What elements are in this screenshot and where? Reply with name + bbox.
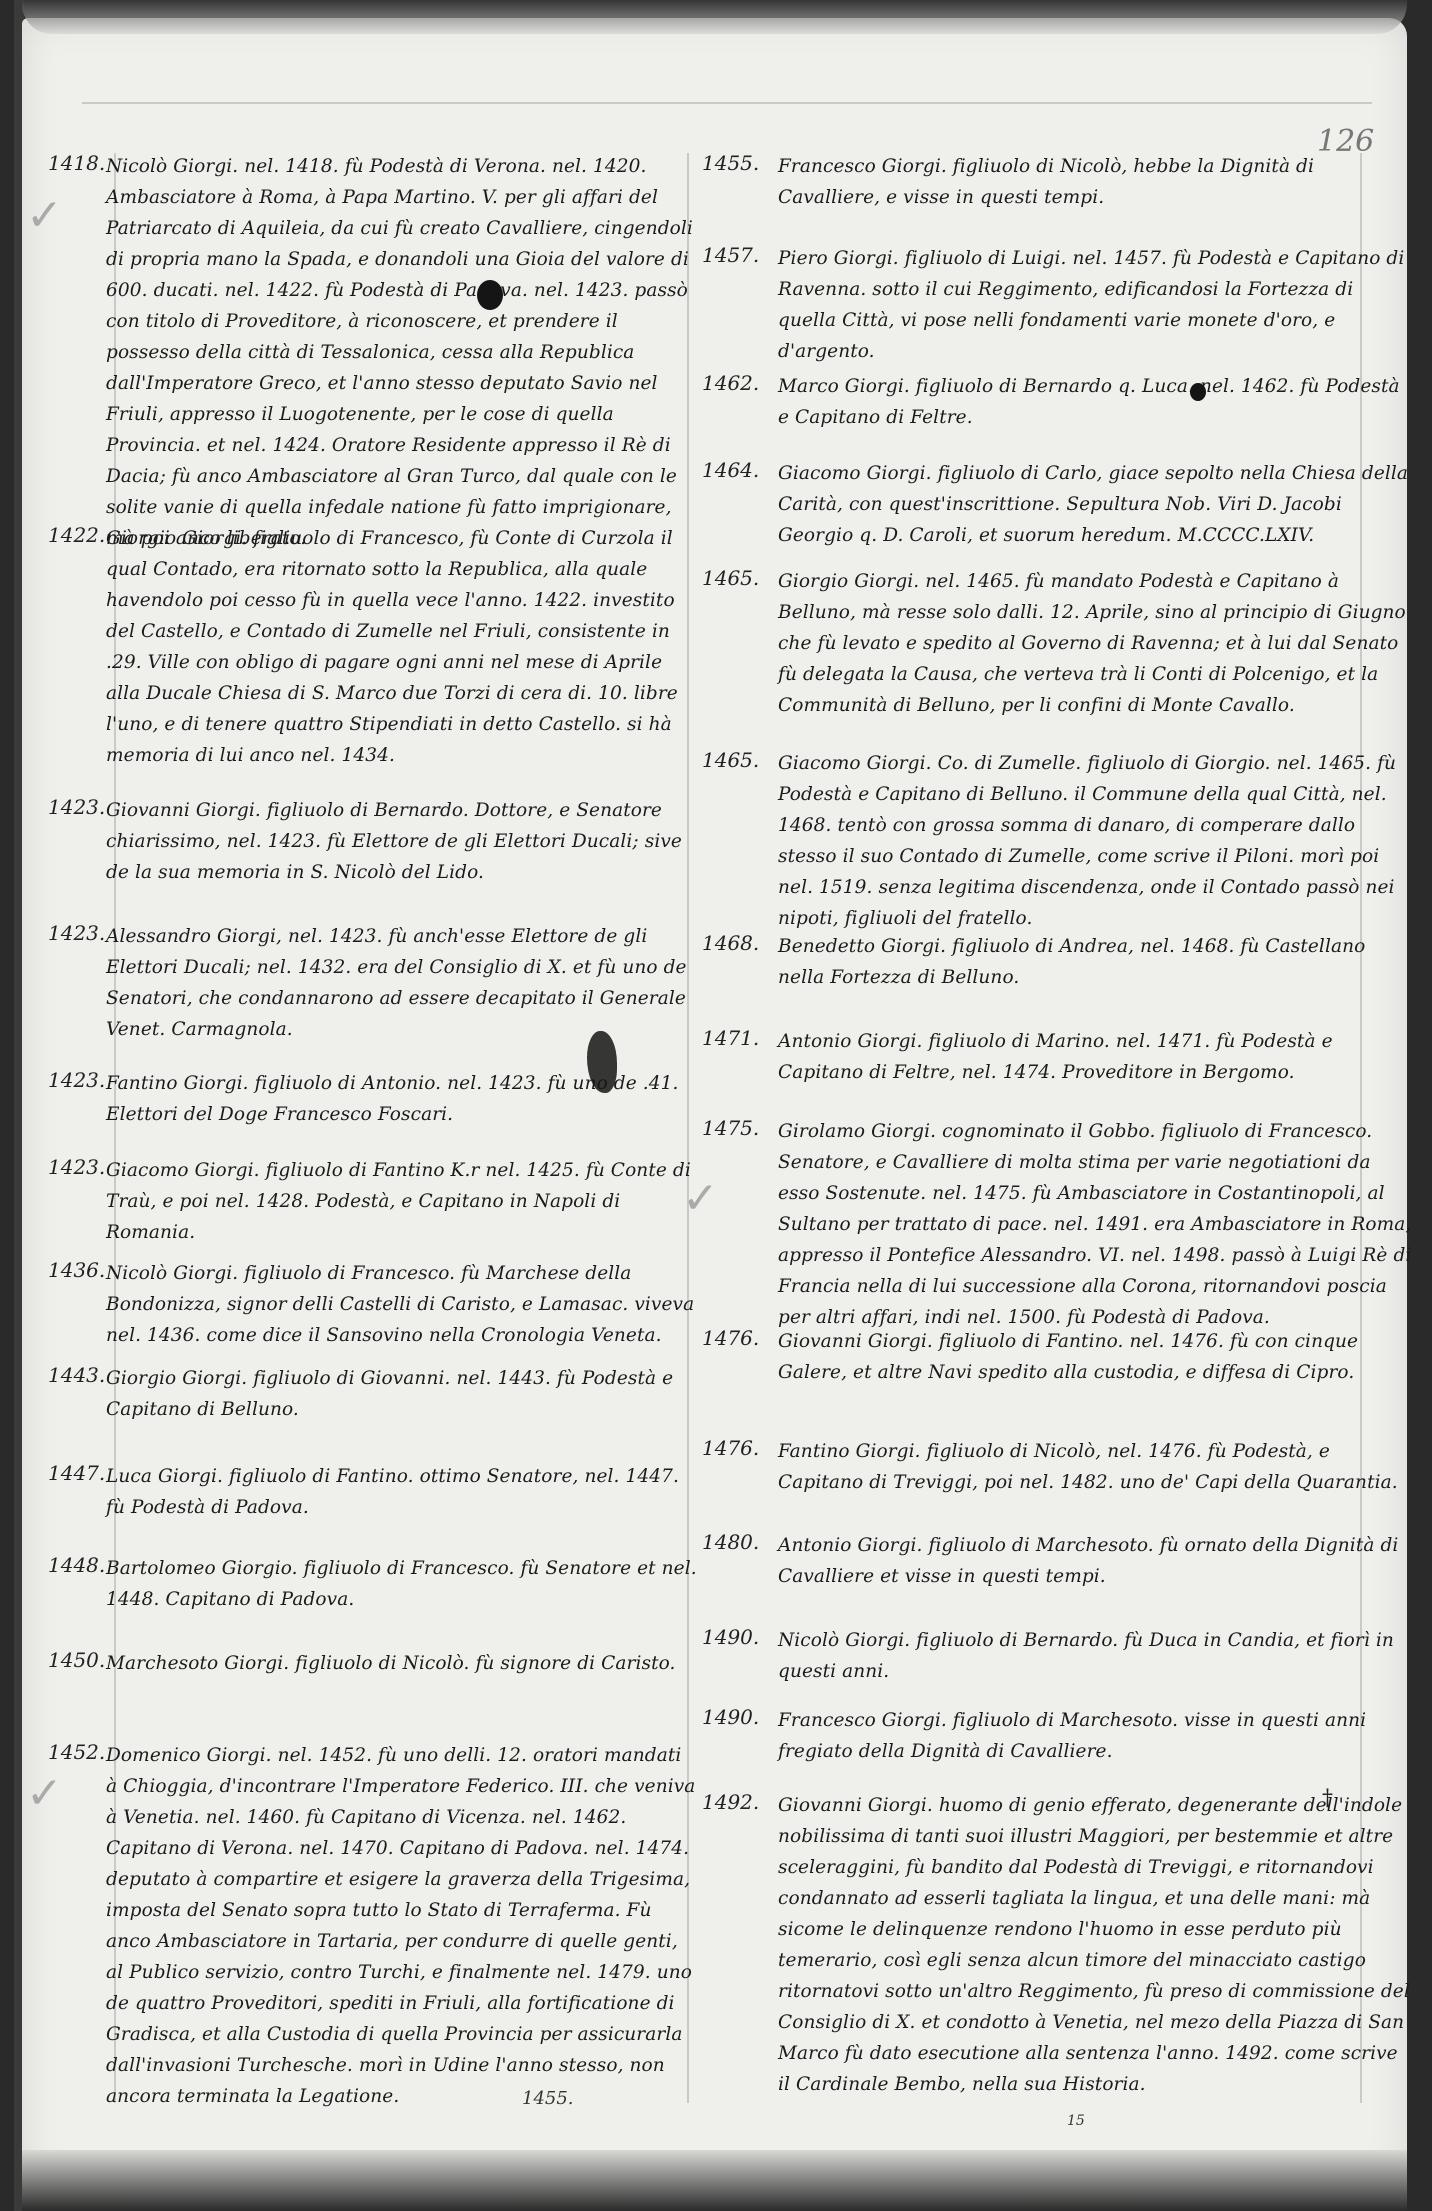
entry-year: 1457.	[702, 243, 759, 267]
top-rule	[82, 102, 1372, 104]
entry-text: Bartolomeo Giorgio. figliuolo di Frances…	[106, 1553, 698, 1615]
entry-text: Giorgio Giorgi. nel. 1465. fù mandato Po…	[778, 566, 1412, 721]
entry-year: 1490.	[702, 1705, 759, 1729]
entry-text: Antonio Giorgi. figliuolo di Marchesoto.…	[778, 1530, 1412, 1592]
entry-year: 1476.	[702, 1326, 759, 1350]
entry-text: Giacomo Giorgi. Co. di Zumelle. figliuol…	[778, 748, 1412, 934]
check-mark-icon: ✓	[26, 1768, 63, 1819]
entry-text: Nicolò Giorgi. figliuolo di Bernardo. fù…	[778, 1625, 1412, 1687]
entry-text: Giacomo Giorgi. figliuolo di Fantino K.r…	[106, 1155, 698, 1248]
entry-year: 1455.	[702, 151, 759, 175]
cross-mark-icon: †	[1322, 1786, 1333, 1811]
entry-year: 1443.	[48, 1363, 105, 1387]
entry-text: Marchesoto Giorgi. figliuolo di Nicolò. …	[106, 1648, 698, 1679]
entry-text: Nicolò Giorgi. nel. 1418. fù Podestà di …	[106, 151, 698, 554]
entry-year: 1423.	[48, 1068, 105, 1092]
torn-top-edge	[22, 0, 1407, 34]
entry-year: 1436.	[48, 1258, 105, 1282]
entry-text: Benedetto Giorgi. figliuolo di Andrea, n…	[778, 931, 1412, 993]
entry-year: 1448.	[48, 1553, 105, 1577]
ink-blot	[477, 280, 503, 310]
bottom-marks: 15	[1067, 2113, 1085, 2129]
entry-text: Alessandro Giorgi, nel. 1423. fù anch'es…	[106, 921, 698, 1045]
entry-text: Domenico Giorgi. nel. 1452. fù uno delli…	[106, 1740, 698, 2112]
entry-text: Girolamo Giorgi. cognominato il Gobbo. f…	[778, 1116, 1412, 1333]
torn-bottom-edge	[22, 2150, 1407, 2211]
entry-year: 1423.	[48, 1155, 105, 1179]
entry-text: Giorgio Giorgi. figliuolo di Giovanni. n…	[106, 1363, 698, 1425]
entry-year: 1475.	[702, 1116, 759, 1140]
entry-text: Francesco Giorgi. figliuolo di Nicolò, h…	[778, 151, 1412, 213]
entry-text: Francesco Giorgi. figliuolo di Marchesot…	[778, 1705, 1412, 1767]
entry-text: Piero Giorgi. figliuolo di Luigi. nel. 1…	[778, 243, 1412, 367]
catchword: 1455.	[522, 2088, 574, 2109]
entry-text: Giovanni Giorgi. figliuolo di Bernardo. …	[106, 795, 698, 888]
entry-year: 1480.	[702, 1530, 759, 1554]
entry-text: Giovanni Giorgi. huomo di genio efferato…	[778, 1790, 1412, 2100]
manuscript-page: 126 1418. Nicolò Giorgi. nel. 1418. fù P…	[22, 18, 1407, 2186]
entry-text: Giacomo Giorgi. figliuolo di Carlo, giac…	[778, 458, 1412, 551]
entry-year: 1462.	[702, 371, 759, 395]
entry-year: 1465.	[702, 566, 759, 590]
entry-year: 1452.	[48, 1740, 105, 1764]
entry-year: 1471.	[702, 1026, 759, 1050]
entry-year: 1423.	[48, 795, 105, 819]
entry-text: Antonio Giorgi. figliuolo di Marino. nel…	[778, 1026, 1412, 1088]
entry-year: 1476.	[702, 1436, 759, 1460]
entry-year: 1464.	[702, 458, 759, 482]
entry-year: 1490.	[702, 1625, 759, 1649]
entry-text: Fantino Giorgi. figliuolo di Nicolò, nel…	[778, 1436, 1412, 1498]
check-mark-icon: ✓	[26, 190, 63, 241]
entry-text: Marco Giorgi. figliuolo di Bernardo q. L…	[778, 371, 1412, 433]
entry-year: 1450.	[48, 1648, 105, 1672]
entry-text: Giorgio Giorgi. figliuolo di Francesco, …	[106, 523, 698, 771]
entry-text: Luca Giorgi. figliuolo di Fantino. ottim…	[106, 1461, 698, 1523]
entry-year: 1422.	[48, 523, 105, 547]
entry-year: 1447.	[48, 1461, 105, 1485]
entry-text: Giovanni Giorgi. figliuolo di Fantino. n…	[778, 1326, 1412, 1388]
entry-year: 1468.	[702, 931, 759, 955]
check-mark-icon: ✓	[682, 1173, 719, 1224]
entry-text: Nicolò Giorgi. figliuolo di Francesco. f…	[106, 1258, 698, 1351]
entry-year: 1465.	[702, 748, 759, 772]
entry: 1418. Nicolò Giorgi. nel. 1418. fù Podes…	[48, 151, 698, 511]
entry-year: 1418.	[48, 151, 105, 175]
entry-year: 1423.	[48, 921, 105, 945]
entry-year: 1492.	[702, 1790, 759, 1814]
ink-blot	[1190, 383, 1206, 401]
